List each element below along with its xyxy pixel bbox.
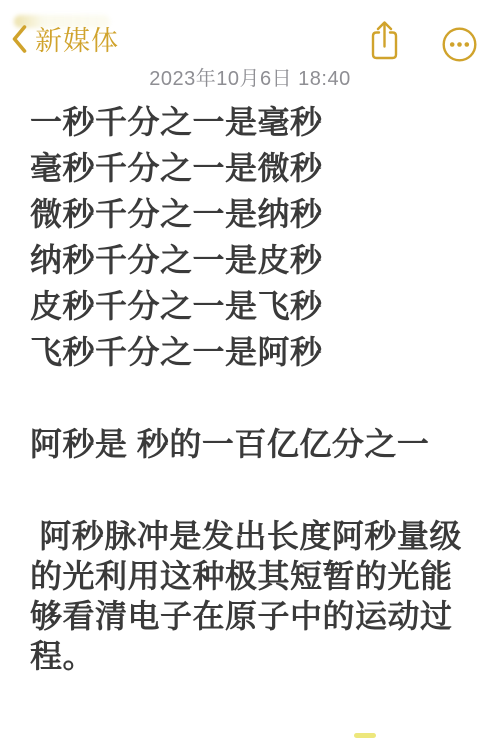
- note-date: 2023年10月6日 18:40: [0, 66, 500, 92]
- note-paragraph: 飞秒千分之一是阿秒: [30, 332, 467, 372]
- note-paragraph: 阿秒是 秒的一百亿亿分之一: [30, 424, 467, 464]
- navbar: 新媒体: [0, 0, 500, 66]
- notes-app-screen: 新媒体 2023年10月6日 18:40: [0, 0, 500, 748]
- note-paragraph: 毫秒千分之一是微秒: [30, 148, 467, 188]
- note-blank-line: [30, 470, 467, 510]
- note-paragraph: 皮秒千分之一是飞秒: [30, 286, 467, 326]
- note-blank-line: [30, 378, 467, 418]
- share-up-arrow-icon: [369, 50, 400, 65]
- more-options-button[interactable]: [441, 26, 478, 63]
- back-button[interactable]: 新媒体: [10, 22, 119, 59]
- yellow-dash-mark: [354, 733, 376, 738]
- note-paragraph: 阿秒脉冲是发出长度阿秒量级的光利用这种极其短暂的光能够看清电子在原子中的运动过程…: [30, 516, 467, 676]
- chevron-left-icon: [10, 24, 28, 59]
- note-paragraph: 微秒千分之一是纳秒: [30, 194, 467, 234]
- note-paragraph: 纳秒千分之一是皮秒: [30, 240, 467, 280]
- note-body-editor[interactable]: 一秒千分之一是毫秒 毫秒千分之一是微秒 微秒千分之一是纳秒 纳秒千分之一是皮秒 …: [30, 102, 467, 682]
- back-button-label: 新媒体: [35, 24, 119, 58]
- note-paragraph: 一秒千分之一是毫秒: [30, 102, 467, 142]
- share-button[interactable]: [369, 19, 400, 62]
- ellipsis-in-circle-icon: [441, 51, 478, 66]
